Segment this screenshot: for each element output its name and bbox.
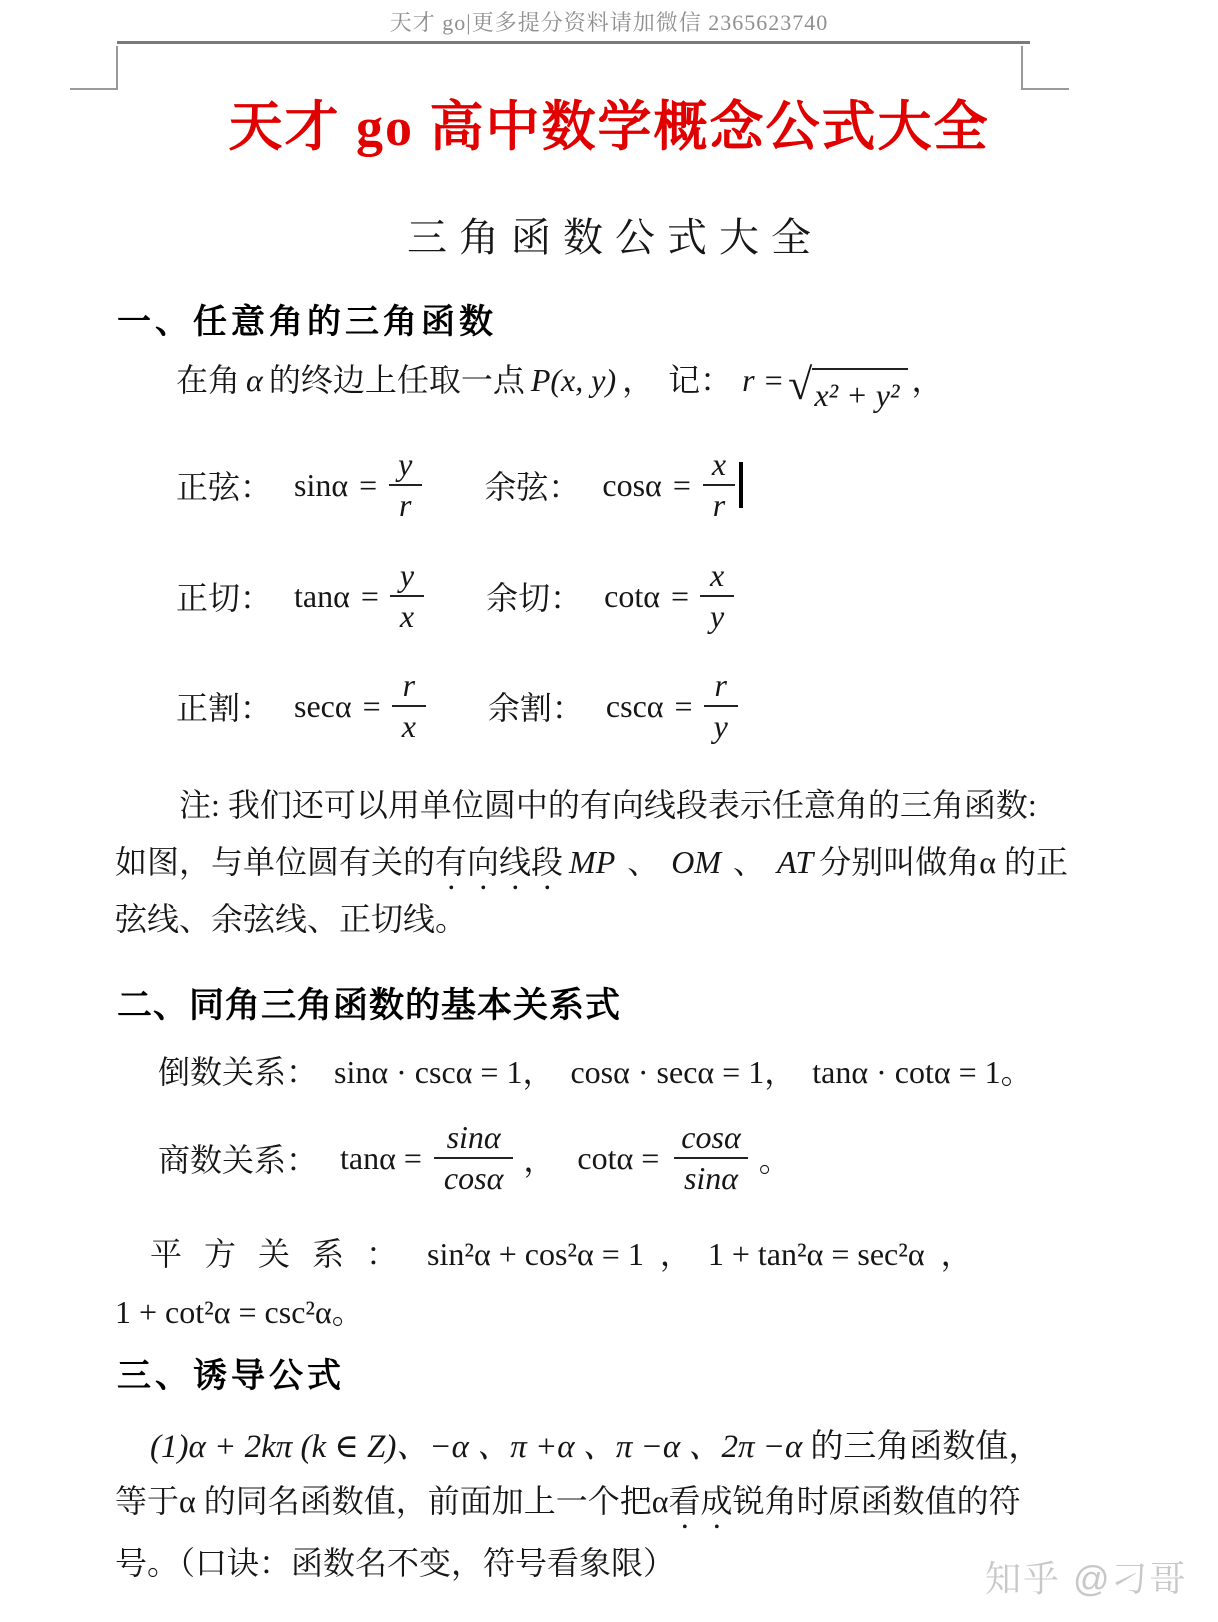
formula-label: 余切： [486,573,582,619]
cotangent-quotient-equation: cotα = cosαsinα [577,1119,750,1197]
formula: cosα · secα = 1 [570,1054,764,1090]
fraction: yr [388,446,422,524]
fraction: cosαsinα [671,1119,750,1197]
function-name: secα [294,688,352,725]
induction-line2-post: 锐角时原函数值的符 [733,1483,1021,1519]
numerator: r [393,667,425,705]
formula-label: 余弦： [484,462,580,508]
note-line-2: 如图，与单位圆有关的有向线段MP、OM、AT分别叫做角α 的正 [115,840,1068,897]
fraction: sinαcosα [434,1119,513,1197]
page-header-text: 天才 go|更多提分资料请加微信 2365623740 [0,6,1218,37]
document-page: 天才 go|更多提分资料请加微信 2365623740 天才 go 高中数学概念… [0,0,1218,1622]
function-name: cotα = [577,1140,659,1177]
segment-om: OM [671,844,721,880]
r-equals: r = [742,362,784,398]
equals-sign: = [673,467,691,504]
denominator: sinα [674,1157,748,1197]
sine-equation: sinα = yr [294,446,422,524]
induction-line-3: 号。（口诀：函数名不变，符号看象限） [115,1541,675,1586]
fraction: rx [392,667,426,745]
section3-heading: 三、诱导公式 [117,1348,345,1397]
numerator: x [700,557,734,595]
point-expression: P(x, y) [531,362,616,398]
emphasized-phrase: 有向线段 [435,844,563,880]
square-relation-line: 平 方 关 系 ：sin²α + cos²α = 1，1 + tan²α = s… [150,1232,973,1277]
intro-mid: 的终边上任取一点 [269,362,525,398]
period: 。 [1001,1054,1033,1090]
separator: ， [660,1236,692,1272]
denominator: y [700,595,734,635]
relation-label: 平 方 关 系 ： [150,1236,405,1272]
note-line-3: 弦线、余弦线、正切线。 [115,897,467,942]
note-line-1: 注: 我们还可以用单位圆中的有向线段表示任意角的三角函数: [179,783,1037,828]
note-line2-post: 分别叫做角α 的正 [819,844,1068,880]
separator: ， [941,1236,973,1272]
emphasized-phrase: 看成 [669,1483,733,1519]
equals-sign: = [361,578,379,615]
square-relation-line-2: 1 + cot²α = csc²α。 [115,1290,364,1335]
formula: sin²α + cos²α = 1 [427,1236,644,1272]
note-line2-pre: 如图，与单位圆有关的 [115,844,435,880]
watermark: 知乎 @刁哥 [985,1551,1188,1602]
reciprocal-relation-line: 倒数关系：sinα · cscα = 1，cosα · secα = 1，tan… [158,1050,1033,1095]
function-name: cotα [604,578,660,615]
formula: 1 + cot²α = csc²α [115,1294,332,1330]
formula-label: 余割： [488,683,584,729]
denominator: cosα [434,1157,513,1197]
induction-line1-tail: 的三角函数值， [810,1429,1041,1465]
segment-at: AT [777,844,813,880]
period: 。 [332,1294,364,1330]
separator: ， [523,1135,555,1181]
radical-sign: √ [788,363,812,407]
intro-pre: 在角 [176,362,240,398]
numerator: r [704,667,736,705]
intro-comma: ， [622,362,654,398]
numerator: x [702,446,736,484]
formula-label: 正弦： [176,462,272,508]
denominator: y [704,705,738,745]
cosine-equation: cosα = xr [602,446,736,524]
denominator: x [392,705,426,745]
text-cursor [739,462,743,508]
separator: 、 [627,844,659,880]
denominator: r [703,484,735,524]
radicand: x² + y² [812,368,907,418]
square-root-expression: √x² + y² [788,368,907,418]
function-name: cosα [602,467,661,504]
fraction: xr [702,446,736,524]
formula-label: 正切： [176,573,272,619]
separator: ， [522,1054,554,1090]
function-name: sinα [294,467,348,504]
period: 。 [759,1135,791,1181]
function-name: cscα [606,688,664,725]
segment-mp: MP [569,844,615,880]
quotient-relation-line: 商数关系： tanα = sinαcosα ， cotα = cosαsinα … [158,1106,791,1210]
fraction: ry [704,667,738,745]
denominator: x [390,595,424,635]
fraction: yx [390,557,424,635]
intro-line: 在角α的终边上任取一点P(x, y)，记：r =√x² + y²， [176,358,944,418]
section2-heading: 二、同角三角函数的基本关系式 [117,978,621,1028]
denominator: r [389,484,421,524]
function-name: tanα = [340,1140,422,1177]
cosecant-equation: cscα = ry [606,667,738,745]
intro-record: 记： [668,362,732,398]
formula-label: 正割： [176,683,272,729]
equals-sign: = [363,688,381,725]
relation-label: 商数关系： [158,1135,318,1181]
section1-heading: 一、任意角的三角函数 [117,294,497,343]
induction-line-1: (1)α + 2kπ (k ∈ Z)、−α 、π +α 、π −α 、2π −α… [150,1424,1041,1470]
tangent-equation: tanα = yx [294,557,424,635]
secant-equation: secα = rx [294,667,426,745]
induction-math: (1)α + 2kπ (k ∈ Z)、−α 、π +α 、π −α 、2π −α [150,1429,802,1465]
induction-line-2: 等于α 的同名函数值，前面加上一个把α看成锐角时原函数值的符 [115,1479,1021,1536]
header-rule [117,41,1030,44]
formula-row-secant-cosecant: 正割： secα = rx 余割： cscα = ry [176,658,738,754]
numerator: sinα [437,1119,511,1157]
equals-sign: = [675,688,693,725]
numerator: y [388,446,422,484]
function-name: tanα [294,578,350,615]
separator: 、 [733,844,765,880]
formula: 1 + tan²α = sec²α [708,1236,925,1272]
intro-tail: ， [912,362,944,398]
cotangent-equation: cotα = xy [604,557,734,635]
separator: ， [764,1054,796,1090]
alpha-symbol: α [246,362,263,398]
numerator: y [390,557,424,595]
numerator: cosα [671,1119,750,1157]
fraction: xy [700,557,734,635]
tangent-quotient-equation: tanα = sinαcosα [340,1119,513,1197]
induction-line2-pre: 等于α 的同名函数值，前面加上一个把α [115,1483,669,1519]
document-title: 天才 go 高中数学概念公式大全 [0,84,1218,161]
relation-label: 倒数关系： [158,1054,318,1090]
document-subtitle: 三角函数公式大全 [0,206,1218,263]
formula-row-tangent-cotangent: 正切： tanα = yx 余切： cotα = xy [176,548,734,644]
equals-sign: = [359,467,377,504]
equals-sign: = [671,578,689,615]
formula: tanα · cotα = 1 [812,1054,1000,1090]
formula: sinα · cscα = 1 [334,1054,522,1090]
formula-row-sine-cosine: 正弦： sinα = yr 余弦： cosα = xr [176,437,743,533]
